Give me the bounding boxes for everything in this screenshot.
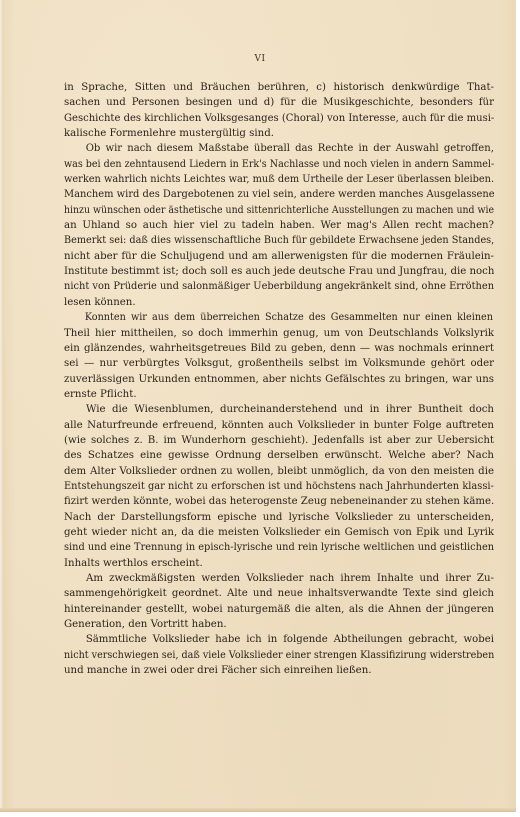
text-line: werken wahrlich nichts Leichtes war, muß… bbox=[64, 172, 494, 187]
text-line: zuverlässigen Urkunden entnommen, aber n… bbox=[64, 372, 494, 387]
text-line: lesen können. bbox=[64, 295, 494, 310]
paragraph-2: Ob wir nach diesem Maßstabe überall das … bbox=[64, 141, 494, 310]
text-line: nicht verschwiegen sei, daß viele Volksl… bbox=[64, 648, 494, 663]
text-line: Ob wir nach diesem Maßstabe überall das … bbox=[64, 141, 494, 156]
text-line: sammengehörigkeit geordnet. Alte und neu… bbox=[64, 586, 494, 601]
text-line: kalische Formenlehre mustergültig sind. bbox=[64, 126, 494, 141]
page-left-edge bbox=[0, 0, 4, 812]
text-line: dem Alter Volkslieder ordnen zu wollen, … bbox=[64, 464, 494, 479]
paragraph-3: Konnten wir aus dem überreichen Schatze … bbox=[64, 310, 494, 402]
paragraph-4: Wie die Wiesenblumen, durcheinanderstehe… bbox=[64, 402, 494, 571]
page-number: VI bbox=[0, 54, 516, 64]
text-line: fizirt werden könnte, wobei das heteroge… bbox=[64, 494, 494, 509]
text-line: Generation, den Vortritt haben. bbox=[64, 617, 494, 632]
text-line: Manchem wird des Dargebotenen zu viel se… bbox=[64, 187, 494, 202]
text-line: ernste Pflicht. bbox=[64, 387, 494, 402]
text-line: alle Naturfreunde erfreuend, könnten auc… bbox=[64, 418, 494, 433]
paragraph-6: Sämmtliche Volkslieder habe ich in folge… bbox=[64, 632, 494, 678]
text-line: Bemerkt sei: daß dies wissenschaftliche … bbox=[64, 233, 494, 248]
text-line: in Sprache, Sitten und Bräuchen berühren… bbox=[64, 80, 494, 95]
text-line: Nach der Darstellungsform epische und ly… bbox=[64, 510, 494, 525]
text-line: sei — nur verbürgtes Volksgut, großenthe… bbox=[64, 356, 494, 371]
text-line: geht wieder nicht an, da die meisten Vol… bbox=[64, 525, 494, 540]
text-line: Geschichte des kirchlichen Volksgesanges… bbox=[64, 111, 494, 126]
text-line: Inhalts werthlos erscheint. bbox=[64, 556, 494, 571]
text-line: Entstehungszeit gar nicht zu erforschen … bbox=[64, 479, 494, 494]
text-line: ein glänzendes, wahrheitsgetreues Bild z… bbox=[64, 341, 494, 356]
text-line: Institute bestimmt ist; doch soll es auc… bbox=[64, 264, 494, 279]
text-line: nicht von Prüderie und salonmäßiger Uebe… bbox=[64, 279, 494, 294]
text-line: an Uhland so auch hier viel zu tadeln ha… bbox=[64, 218, 494, 233]
text-line: (wie solches z. B. im Wunderhorn geschie… bbox=[64, 433, 494, 448]
text-line: Wie die Wiesenblumen, durcheinanderstehe… bbox=[64, 402, 494, 417]
paragraph-1: in Sprache, Sitten und Bräuchen berühren… bbox=[64, 80, 494, 141]
book-page: VI in Sprache, Sitten und Bräuchen berüh… bbox=[0, 0, 516, 812]
text-line: Theil hier mittheilen, so doch immerhin … bbox=[64, 326, 494, 341]
text-line: Konnten wir aus dem überreichen Schatze … bbox=[64, 310, 493, 325]
page-bottom-edge bbox=[0, 808, 516, 812]
text-line: was bei den zehntausend Liedern in Erk's… bbox=[64, 157, 494, 172]
text-line: Sämmtliche Volkslieder habe ich in folge… bbox=[64, 632, 494, 647]
paragraph-5: Am zweckmäßigsten werden Volkslieder nac… bbox=[64, 571, 494, 632]
text-line: nicht aber für die Schuljugend und am al… bbox=[64, 249, 494, 264]
text-line: Am zweckmäßigsten werden Volkslieder nac… bbox=[64, 571, 494, 586]
text-line: des Schatzes eine gewisse Ordnung dersel… bbox=[64, 448, 494, 463]
text-line: sind und eine Trennung in episch-lyrisch… bbox=[64, 540, 494, 555]
body-text: in Sprache, Sitten und Bräuchen berühren… bbox=[64, 80, 494, 678]
text-line: sachen und Personen besingen und d) für … bbox=[64, 95, 494, 110]
text-line: hinzu wünschen oder ästhetische und sitt… bbox=[64, 203, 494, 218]
text-line: und manche in zwei oder drei Fächer sich… bbox=[64, 663, 494, 678]
text-line: hintereinander gestellt, wobei naturgemä… bbox=[64, 602, 494, 617]
